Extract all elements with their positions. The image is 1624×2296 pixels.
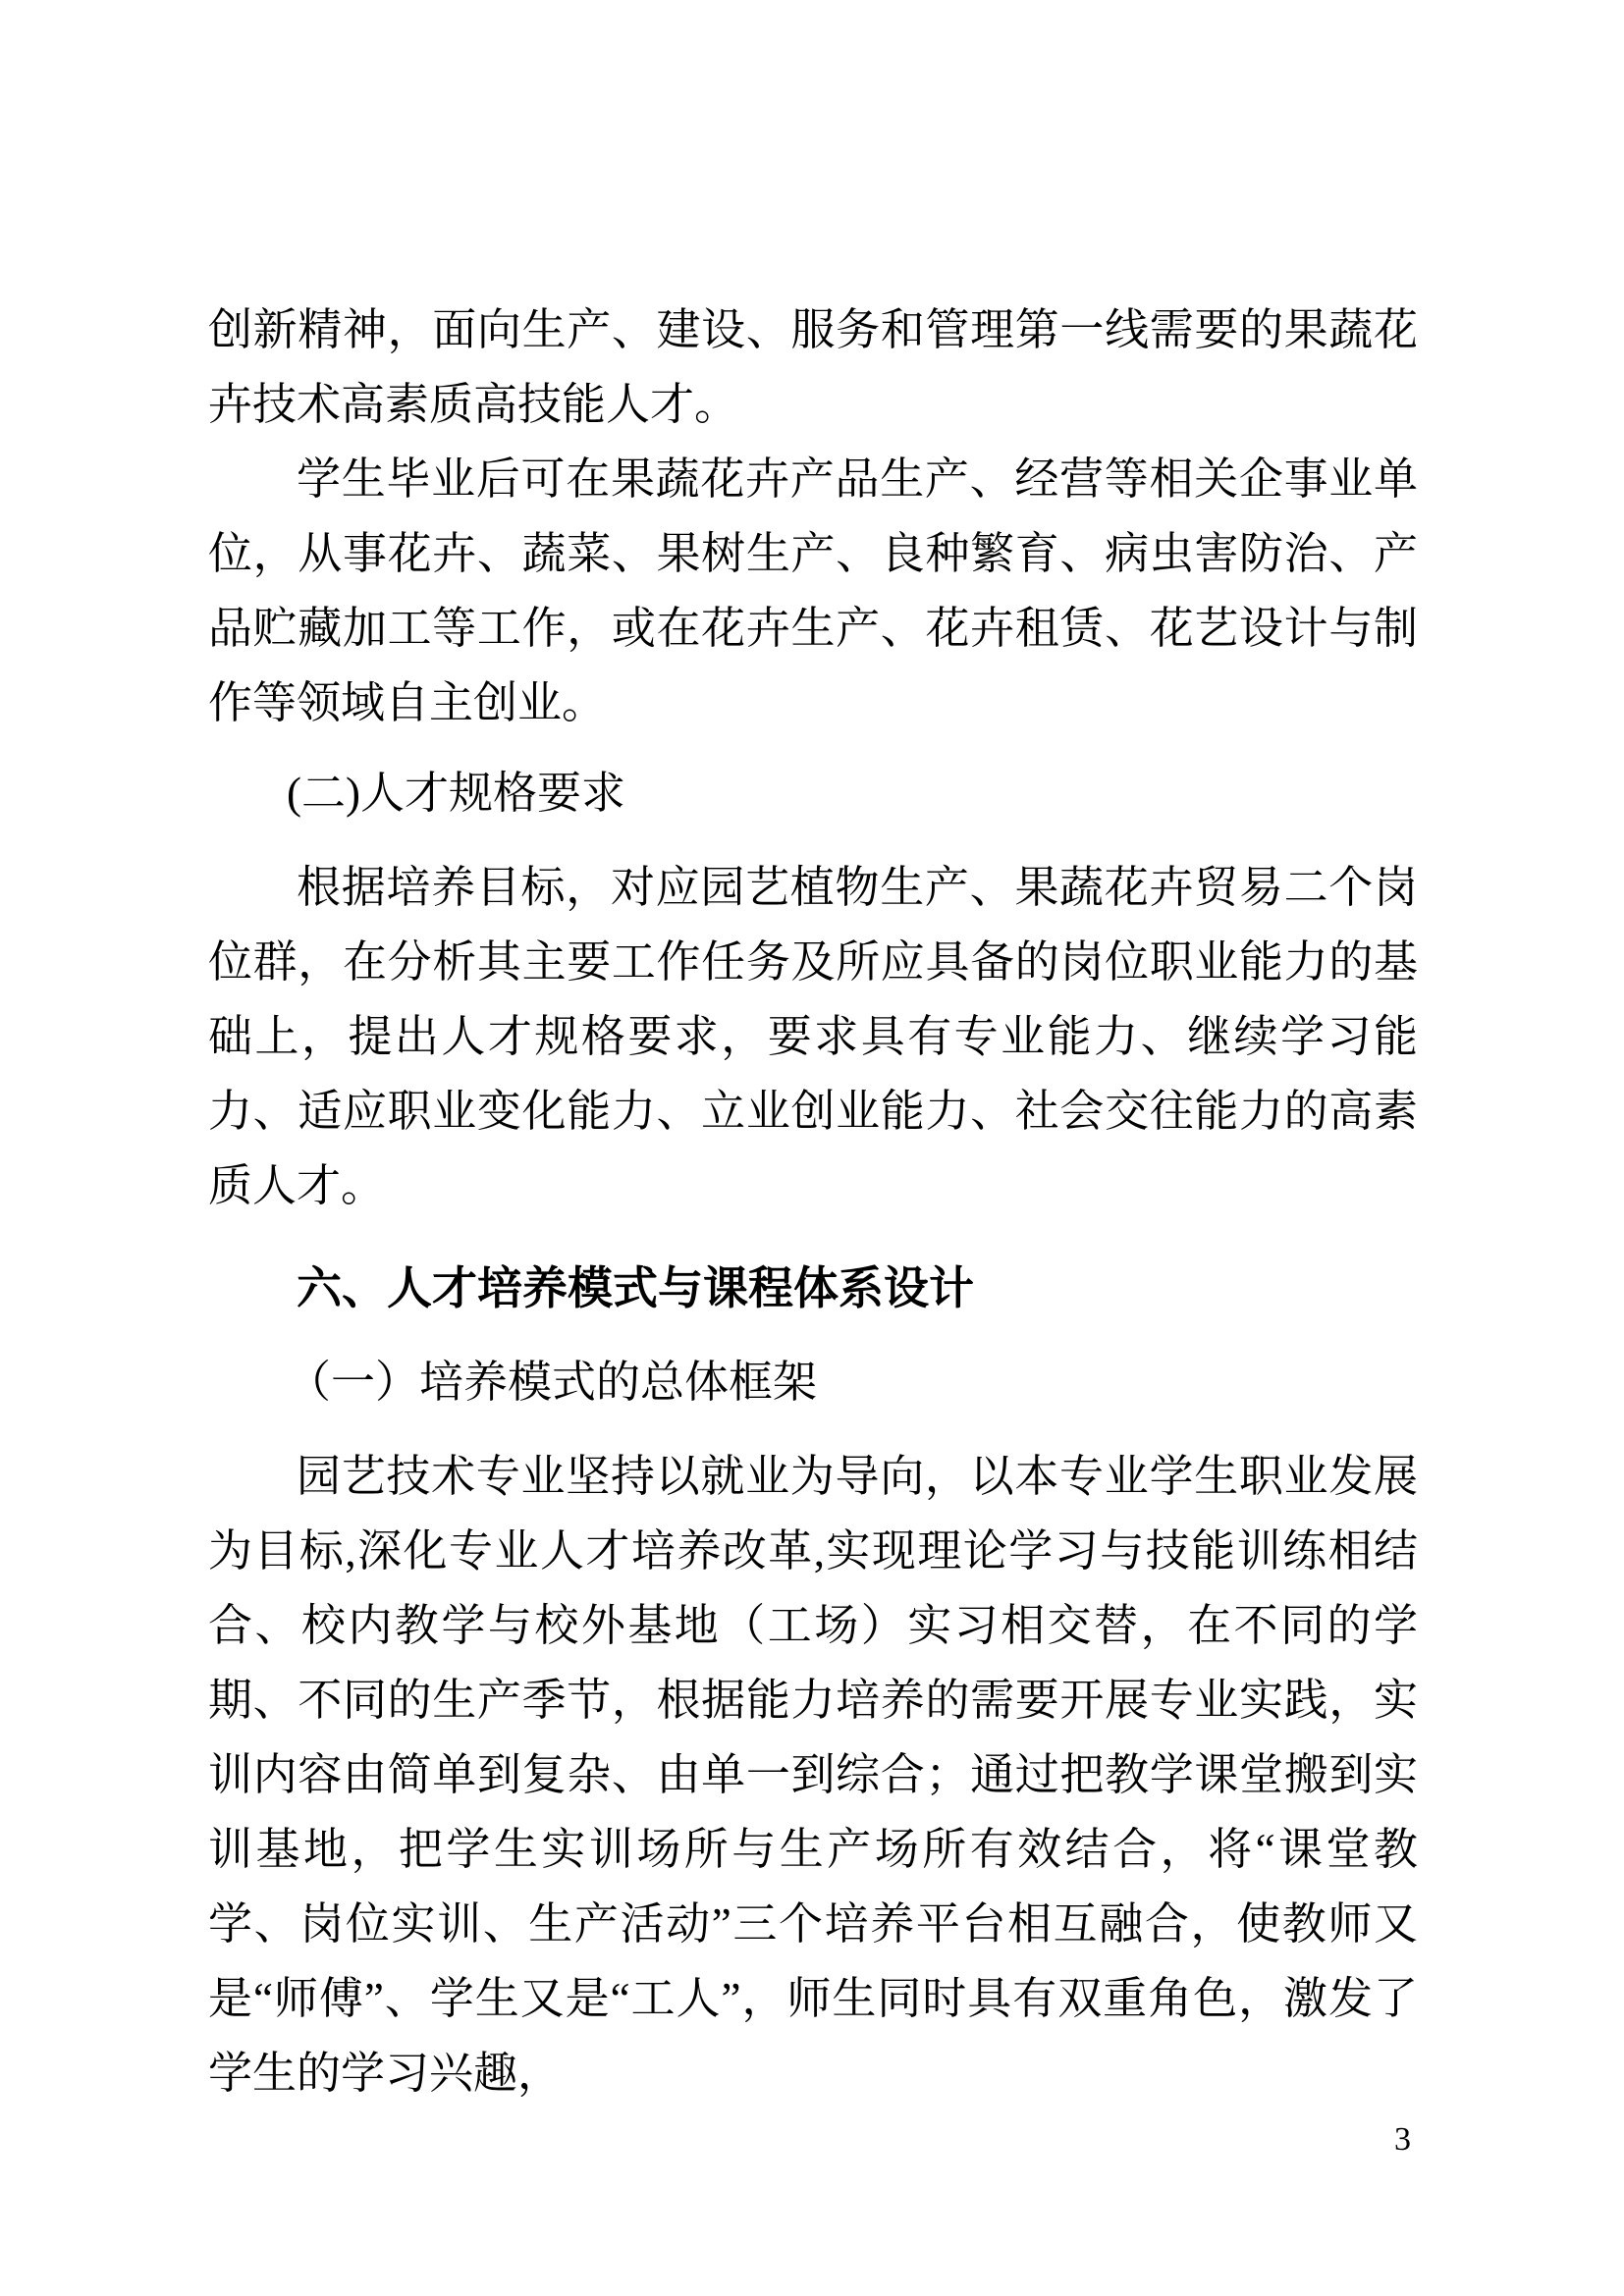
document-page: 创新精神，面向生产、建设、服务和管理第一线需要的果蔬花卉技术高素质高技能人才。 …	[0, 0, 1624, 2296]
page-number: 3	[1394, 2118, 1411, 2162]
main-heading-training-mode-curriculum: 六、人才培养模式与课程体系设计	[208, 1251, 1418, 1325]
paragraph-employment-fields: 学生毕业后可在果蔬花卉产品生产、经营等相关企事业单位，从事花卉、蔬菜、果树生产、…	[208, 442, 1418, 740]
paragraph-continuation-training-goal: 创新精神，面向生产、建设、服务和管理第一线需要的果蔬花卉技术高素质高技能人才。	[208, 293, 1418, 442]
paragraph-training-mode-description: 园艺技术专业坚持以就业为导向，以本专业学生职业发展为目标,深化专业人才培养改革,…	[208, 1439, 1418, 2110]
sub-heading-training-mode-framework: （一）培养模式的总体框架	[208, 1345, 1418, 1419]
page-body: 创新精神，面向生产、建设、服务和管理第一线需要的果蔬花卉技术高素质高技能人才。 …	[208, 293, 1418, 2110]
paragraph-talent-specification-detail: 根据培养目标，对应园艺植物生产、果蔬花卉贸易二个岗位群，在分析其主要工作任务及所…	[208, 850, 1418, 1223]
sub-heading-talent-specification: (二)人才规格要求	[208, 756, 1418, 830]
